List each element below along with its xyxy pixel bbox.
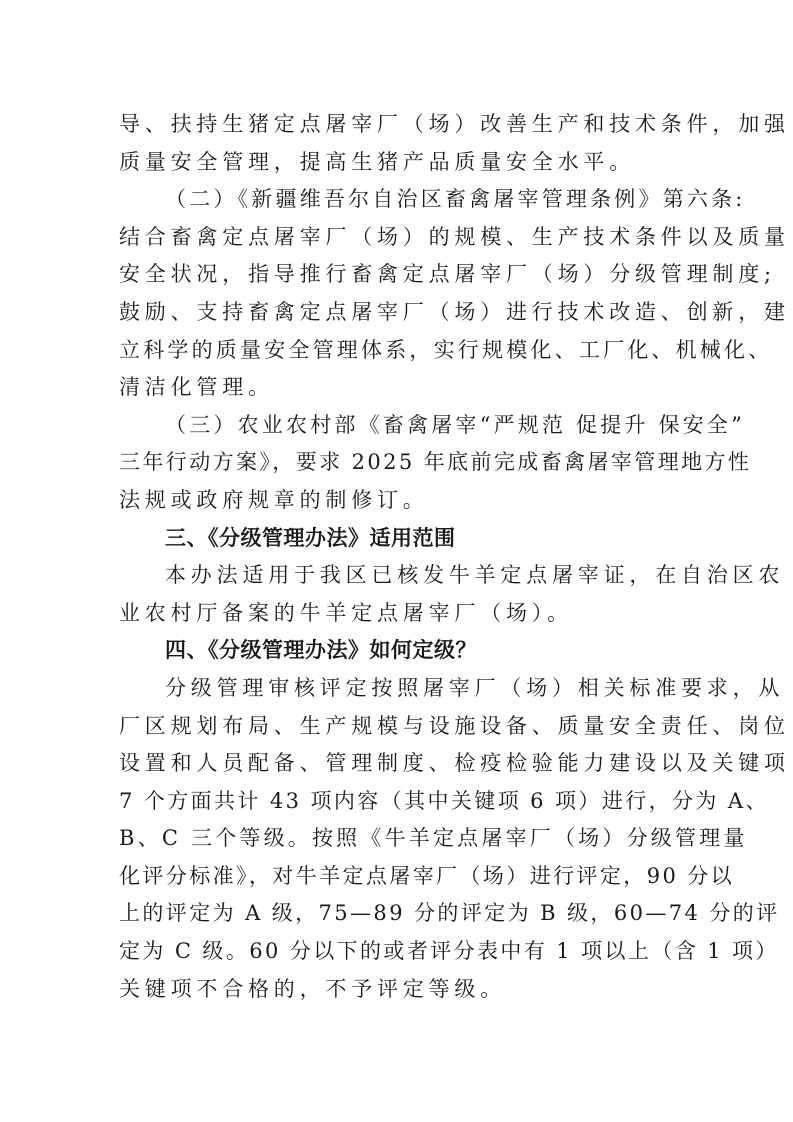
- text-line: 质量安全管理，提高生猪产品质量安全水平。: [119, 144, 675, 182]
- text-line: 三年行动方案》，要求 2025 年底前完成畜禽屠宰管理地方性: [119, 444, 675, 482]
- text-line: 安全状况，指导推行畜禽定点屠宰厂（场）分级管理制度;: [119, 256, 675, 294]
- text-line: 分级管理审核评定按照屠宰厂（场）相关标准要求，从: [119, 670, 675, 708]
- section-heading: 四、《分级管理办法》如何定级？: [119, 632, 675, 670]
- text-line: （三）农业农村部《畜禽屠宰“严规范 促提升 保安全”: [119, 407, 675, 445]
- text-line: 清洁化管理。: [119, 369, 675, 407]
- text-line: 导、扶持生猪定点屠宰厂（场）改善生产和技术条件，加强: [119, 106, 675, 144]
- text-line: 上的评定为 A 级，75—89 分的评定为 B 级，60—74 分的评: [119, 895, 675, 933]
- text-line: 7 个方面共计 43 项内容（其中关键项 6 项）进行，分为 A、: [119, 783, 675, 821]
- text-line: 本办法适用于我区已核发牛羊定点屠宰证，在自治区农: [119, 557, 675, 595]
- text-line: 业农村厅备案的牛羊定点屠宰厂（场）。: [119, 595, 675, 633]
- text-line: 化评分标准》，对牛羊定点屠宰厂（场）进行评定，90 分以: [119, 858, 675, 896]
- text-line: 结合畜禽定点屠宰厂（场）的规模、生产技术条件以及质量: [119, 219, 675, 257]
- text-line: 设置和人员配备、管理制度、检疫检验能力建设以及关键项: [119, 745, 675, 783]
- document-page: 导、扶持生猪定点屠宰厂（场）改善生产和技术条件，加强 质量安全管理，提高生猪产品…: [119, 106, 675, 1008]
- section-heading: 三、《分级管理办法》适用范围: [119, 520, 675, 558]
- text-line: B、C 三个等级。按照《牛羊定点屠宰厂（场）分级管理量: [119, 820, 675, 858]
- text-line: （二）《新疆维吾尔自治区畜禽屠宰管理条例》第六条:: [119, 181, 675, 219]
- text-line: 法规或政府规章的制修订。: [119, 482, 675, 520]
- text-line: 立科学的质量安全管理体系，实行规模化、工厂化、机械化、: [119, 332, 675, 370]
- text-line: 鼓励、支持畜禽定点屠宰厂（场）进行技术改造、创新，建: [119, 294, 675, 332]
- text-line: 关键项不合格的，不予评定等级。: [119, 971, 675, 1009]
- text-line: 厂区规划布局、生产规模与设施设备、质量安全责任、岗位: [119, 708, 675, 746]
- text-line: 定为 C 级。60 分以下的或者评分表中有 1 项以上（含 1 项）: [119, 933, 675, 971]
